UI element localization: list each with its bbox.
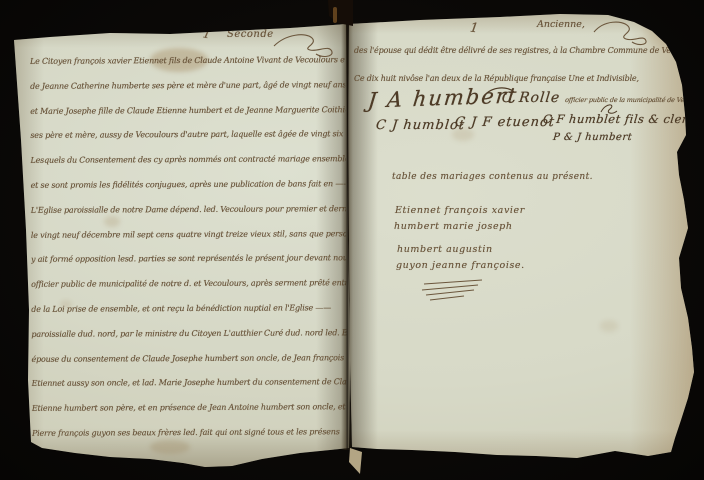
signature-humblet: C F humblet fils & clement (542, 112, 704, 126)
marriage-table-entry: Etiennet françois xavier (395, 205, 525, 216)
manuscript-line: Le Citoyen françois xavier Etiennet fils… (30, 55, 345, 81)
right-page-torn-corner-browning (612, 12, 692, 72)
manuscript-line: Ce dix huit nivôse l'an deux de la Répub… (354, 74, 654, 83)
right-page-right-edge-browning (630, 0, 704, 480)
manuscript-line: et se sont promis les fidélités conjugue… (31, 179, 346, 205)
binding-tab (326, 0, 353, 26)
signature-humbert: J A humbert (367, 83, 520, 112)
left-page-header-annotation: Seconde (227, 29, 274, 40)
manuscript-line: ses père et mère, aussy de Vecoulours d'… (30, 130, 345, 156)
manuscript-line: épouse du consentement de Claude Josephe… (32, 353, 347, 379)
right-page-top-edge-shadow (348, 12, 704, 34)
manuscript-line: paroissialle dud. nord, par le ministre … (31, 328, 346, 354)
left-page-folio-mark: 1 (202, 26, 212, 41)
manuscript-line: Pierre françois guyon ses beaux frères l… (32, 427, 347, 453)
manuscript-photo: 1 Seconde Le Citoyen françois xavier Eti… (0, 0, 704, 480)
signature-rolle-name: C Rolle (501, 90, 561, 106)
signature-rolle: C Rolle officier public de la municipali… (501, 87, 704, 106)
marriage-table-entry: humbert augustin (397, 244, 493, 255)
closing-flourish (420, 278, 490, 302)
manuscript-line: Etienne humbert son père, et en présence… (32, 402, 347, 428)
marriage-table-entry: guyon jeanne françoise. (396, 260, 525, 271)
marriage-table-title: table des mariages contenus au présent. (392, 172, 593, 182)
manuscript-line: Etiennet aussy son oncle, et lad. Marie … (32, 378, 347, 404)
signature-pj-humbert: P & J humbert (552, 132, 632, 143)
manuscript-line: de la Loi prise de ensemble, et ont reçu… (31, 303, 346, 329)
signature-humblot: C J humblot (375, 118, 466, 133)
left-page-text: Le Citoyen françois xavier Etiennet fils… (30, 55, 347, 453)
manuscript-line: de Jeanne Catherine humberte ses père et… (30, 80, 345, 106)
manuscript-line: y ait formé opposition lesd. parties se … (31, 254, 346, 280)
right-page-bottom-edge-shadow (348, 430, 704, 470)
left-page-top-edge-shadow (0, 22, 352, 48)
manuscript-line: des l'épouse qui dédit être délivré de s… (354, 46, 700, 55)
manuscript-line: officier public de municipalité de notre… (31, 278, 346, 304)
right-page-header-annotation: Ancienne, (537, 19, 585, 30)
manuscript-line: le vingt neuf décembre mil sept cens qua… (31, 229, 346, 255)
foxing-stain (600, 320, 618, 332)
binding-thread (333, 7, 337, 23)
header-paraph-flourish (592, 18, 650, 48)
page-edge-sliver (349, 448, 362, 474)
manuscript-line: et Marie Josephe fille de Claude Etienne… (30, 105, 345, 131)
signature-etuenot: C J F etuenot (454, 115, 556, 130)
book-spine-seam (341, 22, 353, 450)
manuscript-line: Lesquels du Consentement des cy après no… (30, 154, 345, 180)
marriage-table-entry: humbert marie joseph (394, 221, 513, 232)
signature-rolle-title: officier public de la municipalité de Ve… (565, 96, 704, 104)
right-page-number: 1 (469, 20, 479, 36)
manuscript-line: L'Eglise paroissialle de notre Dame dépe… (31, 204, 346, 230)
